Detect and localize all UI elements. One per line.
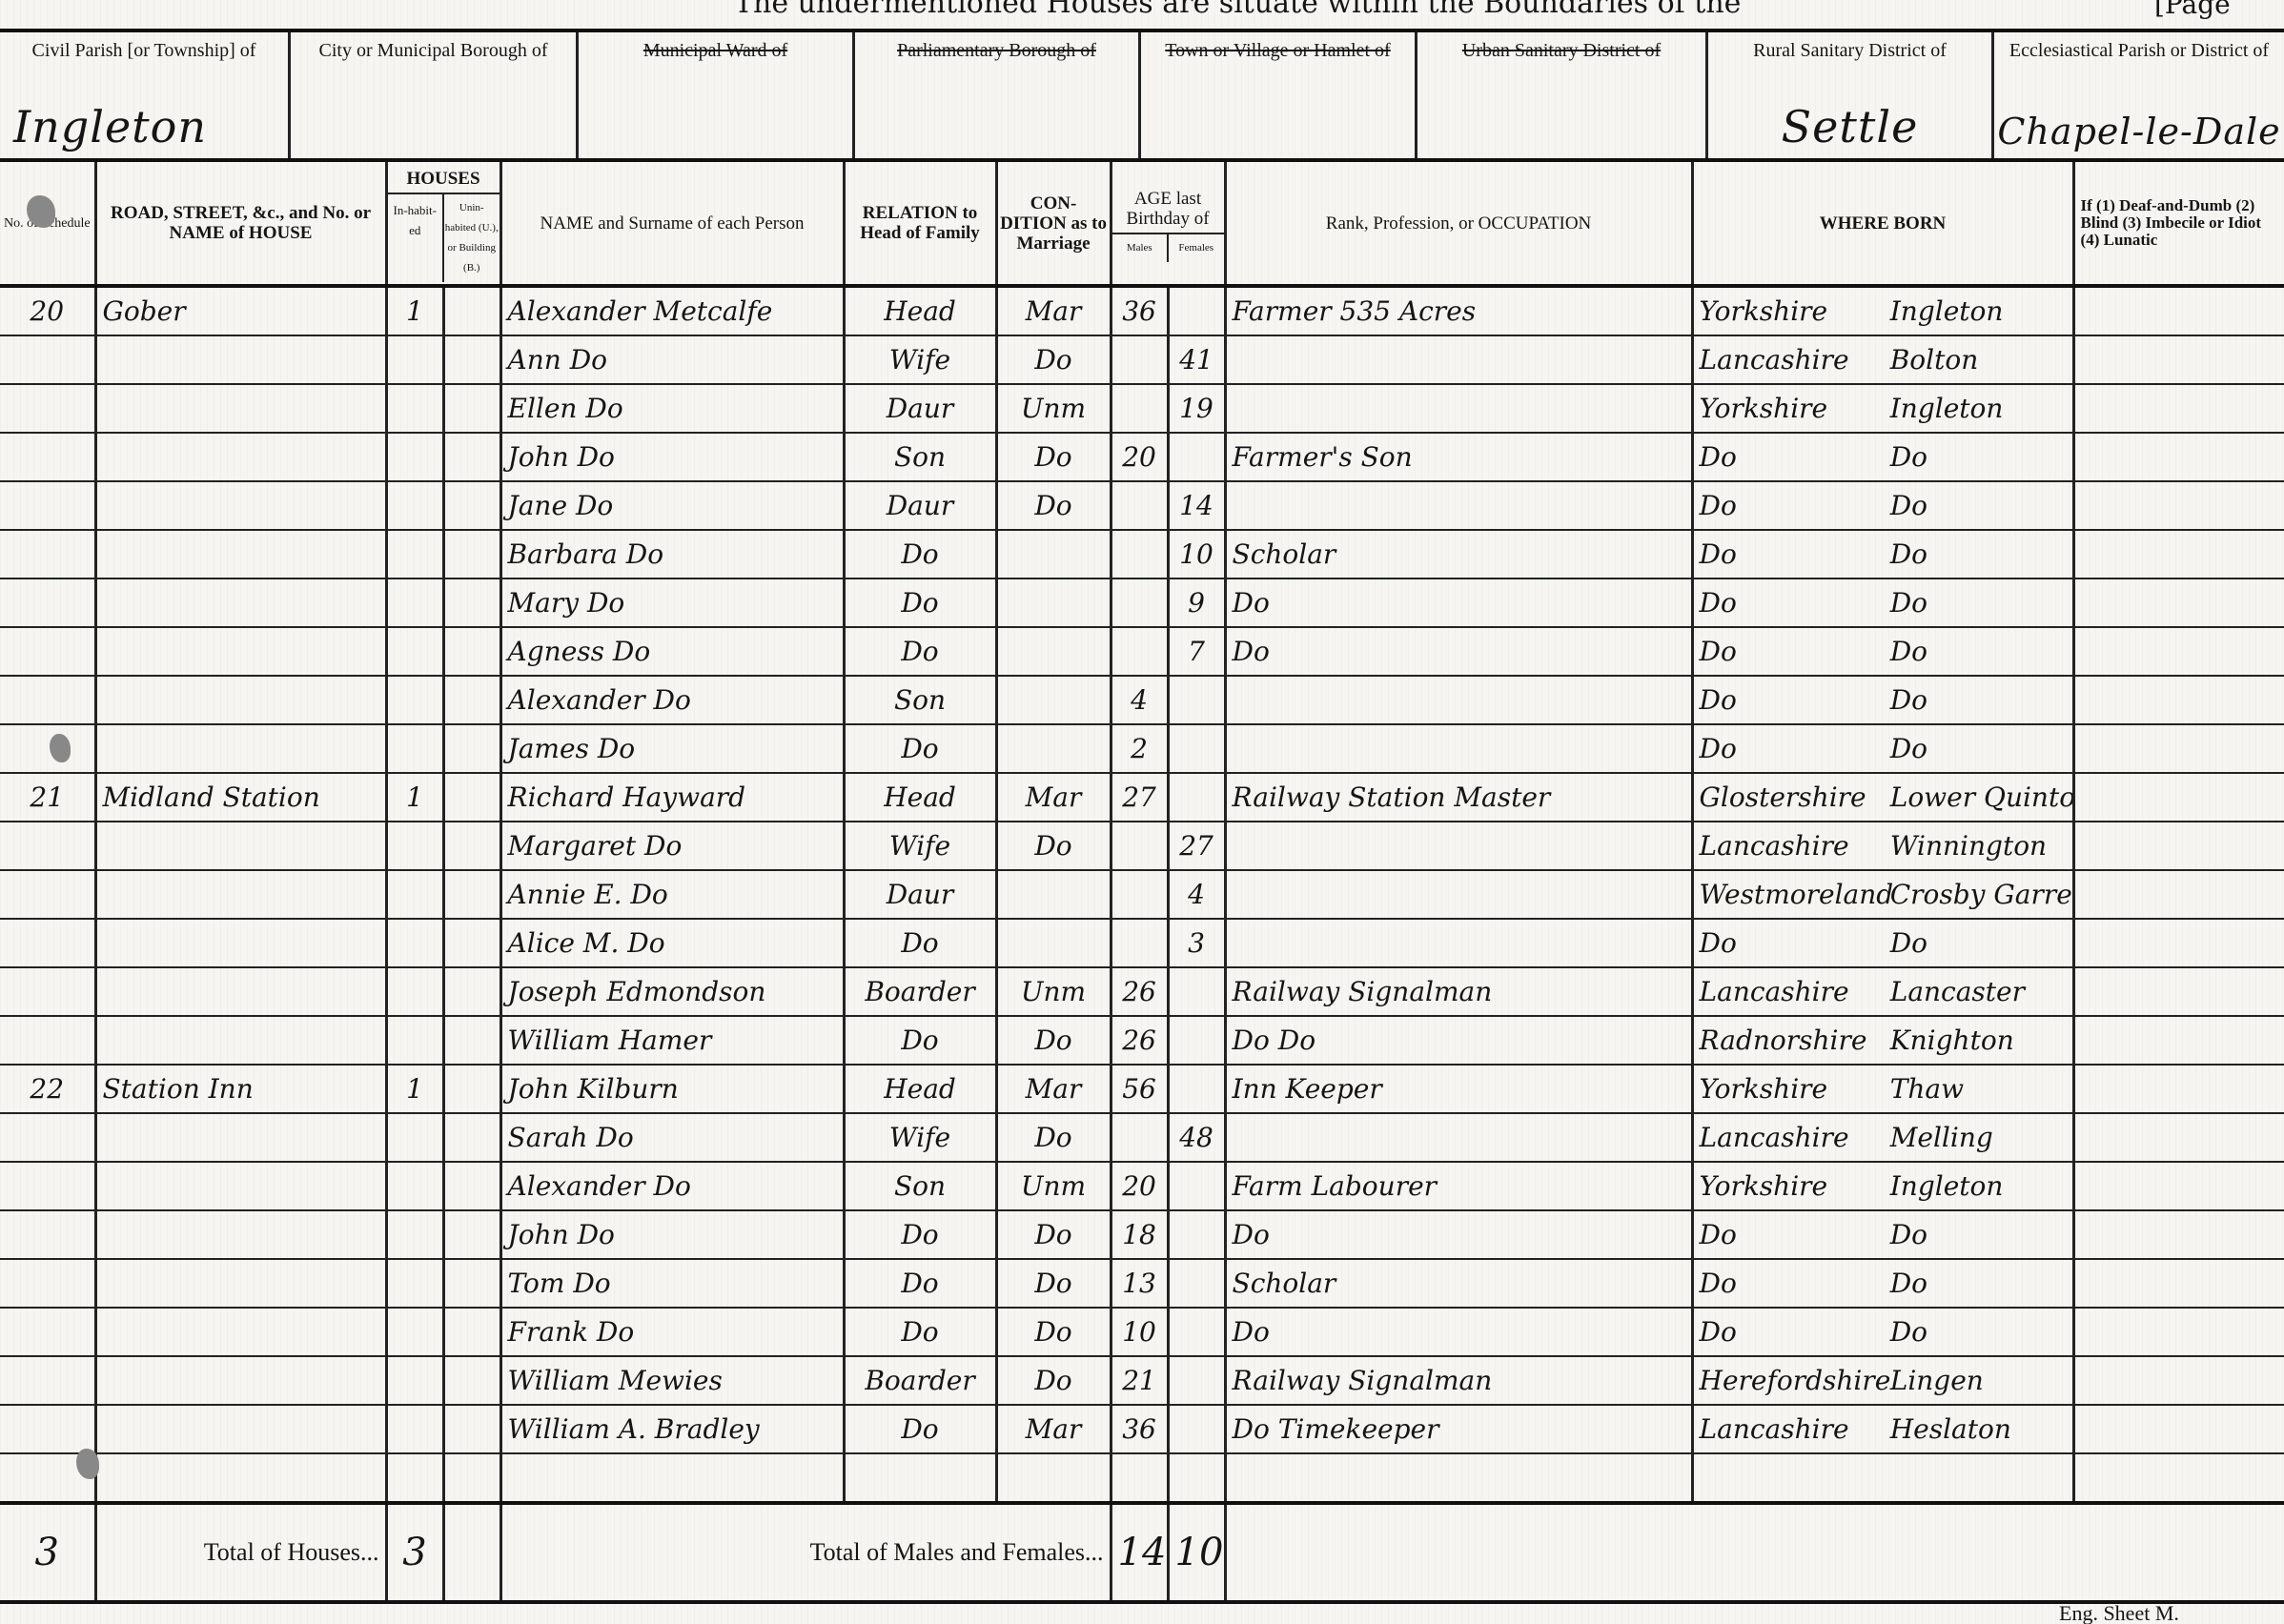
inhabited-count (386, 919, 443, 967)
male-age (1111, 919, 1168, 967)
table-row: Alexander DoSon4DoDo (0, 676, 2284, 724)
females-total: 10 (1168, 1503, 1225, 1602)
birth-county: Do (1700, 441, 1890, 473)
birth-place: Ingleton (1890, 393, 2004, 424)
ink-smudge (50, 734, 71, 762)
infirmity (2073, 579, 2284, 627)
marital-condition: Mar (996, 286, 1111, 335)
occupation (1225, 335, 1692, 384)
female-age (1168, 1016, 1225, 1065)
inhabited-count (386, 1210, 443, 1259)
persons-total-label: Total of Males and Females... (500, 1503, 1111, 1602)
uninhabited-count (443, 335, 500, 384)
occupation: Do Timekeeper (1225, 1405, 1692, 1453)
col-females: Females (1169, 234, 1224, 262)
occupation: Inn Keeper (1225, 1065, 1692, 1113)
schedule-number (0, 1405, 95, 1453)
person-name: Sarah Do (500, 1113, 844, 1162)
female-age (1168, 1065, 1225, 1113)
marital-condition: Do (996, 1016, 1111, 1065)
table-row: Jane DoDaurDo14DoDo (0, 481, 2284, 530)
schedule-number (0, 627, 95, 676)
ink-smudge (76, 1449, 99, 1479)
female-age (1168, 1162, 1225, 1210)
birthplace: DoDo (1692, 1259, 2073, 1308)
person-name: John Do (500, 433, 844, 481)
schedule-number (0, 384, 95, 433)
civil-parish-field: Civil Parish [or Township] of Ingleton (0, 32, 291, 158)
occupation: Farm Labourer (1225, 1162, 1692, 1210)
town-village-field: Town or Village or Hamlet of (1141, 32, 1417, 158)
relation: Daur (844, 870, 996, 919)
table-row: James DoDo2DoDo (0, 724, 2284, 773)
marital-condition: Mar (996, 773, 1111, 822)
inhabited-count: 1 (386, 286, 443, 335)
occupation (1225, 919, 1692, 967)
birth-place: Lingen (1890, 1365, 1984, 1396)
birth-place: Ingleton (1890, 295, 2004, 327)
col-uninhabited: Unin-habited (U.), or Building (B.) (444, 194, 500, 282)
field-label: Town or Village or Hamlet of (1141, 32, 1415, 61)
relation: Boarder (844, 1356, 996, 1405)
table-row: Tom DoDoDo13ScholarDoDo (0, 1259, 2284, 1308)
birth-place: Ingleton (1890, 1170, 2004, 1202)
field-value: Chapel-le-Dale (1994, 111, 2284, 152)
totals-row: 3 Total of Houses... 3 Total of Males an… (0, 1503, 2284, 1602)
inhabited-count (386, 822, 443, 870)
birth-county: Do (1700, 587, 1890, 619)
page-label: [Page (2154, 0, 2231, 20)
occupation (1225, 481, 1692, 530)
schedule-number (0, 1356, 95, 1405)
col-name: NAME and Surname of each Person (500, 162, 844, 286)
municipal-borough-field: City or Municipal Borough of (291, 32, 579, 158)
female-age: 4 (1168, 870, 1225, 919)
house-name (95, 627, 386, 676)
marital-condition (996, 1453, 1111, 1503)
birthplace: DoDo (1692, 919, 2073, 967)
uninhabited-count (443, 1016, 500, 1065)
inhabited-count (386, 335, 443, 384)
census-table: No. of Schedule ROAD, STREET, &c., and N… (0, 162, 2284, 1604)
birth-county: Herefordshire (1700, 1365, 1890, 1396)
female-age (1168, 773, 1225, 822)
occupation: Scholar (1225, 530, 1692, 579)
field-value: Settle (1708, 101, 1991, 152)
rural-sanitary-field: Rural Sanitary District of Settle (1708, 32, 1994, 158)
birth-county: Do (1700, 1219, 1890, 1250)
inhabited-count (386, 1308, 443, 1356)
table-row: Ellen DoDaurUnm19YorkshireIngleton (0, 384, 2284, 433)
male-age: 10 (1111, 1308, 1168, 1356)
houses-total-value: 3 (386, 1503, 443, 1602)
birth-county: Yorkshire (1700, 1073, 1890, 1105)
person-name: Mary Do (500, 579, 844, 627)
birth-county: Lancashire (1700, 1122, 1890, 1153)
infirmity (2073, 1453, 2284, 1503)
birthplace: HerefordshireLingen (1692, 1356, 2073, 1405)
male-age: 20 (1111, 433, 1168, 481)
schedule-number (0, 335, 95, 384)
birth-place: Bolton (1890, 344, 1979, 376)
inhabited-count (386, 676, 443, 724)
person-name: Barbara Do (500, 530, 844, 579)
birthplace: LancashireMelling (1692, 1113, 2073, 1162)
house-name (95, 481, 386, 530)
marital-condition: Do (996, 1259, 1111, 1308)
house-name: Midland Station (95, 773, 386, 822)
house-name (95, 1210, 386, 1259)
person-name: Richard Hayward (500, 773, 844, 822)
person-name: Annie E. Do (500, 870, 844, 919)
male-age (1111, 1453, 1168, 1503)
person-name (500, 1453, 844, 1503)
marital-condition (996, 579, 1111, 627)
infirmity (2073, 1162, 2284, 1210)
person-name: Alexander Do (500, 676, 844, 724)
schedule-number (0, 1113, 95, 1162)
relation: Do (844, 1016, 996, 1065)
female-age (1168, 1453, 1225, 1503)
house-name (95, 1113, 386, 1162)
person-name: Ellen Do (500, 384, 844, 433)
col-age: AGE last Birthday of Males Females (1111, 162, 1225, 286)
table-row: 20Gober1Alexander MetcalfeHeadMar36Farme… (0, 286, 2284, 335)
uninhabited-count (443, 724, 500, 773)
col-relation: RELATION to Head of Family (844, 162, 996, 286)
schedule-number (0, 1210, 95, 1259)
birthplace: RadnorshireKnighton (1692, 1016, 2073, 1065)
person-name: William Mewies (500, 1356, 844, 1405)
house-name (95, 579, 386, 627)
house-name (95, 1308, 386, 1356)
birthplace: YorkshireThaw (1692, 1065, 2073, 1113)
table-row: 21Midland Station1Richard HaywardHeadMar… (0, 773, 2284, 822)
male-age (1111, 627, 1168, 676)
inhabited-count (386, 433, 443, 481)
house-name (95, 1016, 386, 1065)
uninhabited-count (443, 286, 500, 335)
occupation: Do (1225, 1308, 1692, 1356)
person-name: Alexander Do (500, 1162, 844, 1210)
table-row: Sarah DoWifeDo48LancashireMelling (0, 1113, 2284, 1162)
birthplace: DoDo (1692, 579, 2073, 627)
relation: Wife (844, 1113, 996, 1162)
person-name: John Kilburn (500, 1065, 844, 1113)
house-name (95, 724, 386, 773)
occupation: Do Do (1225, 1016, 1692, 1065)
birth-place: Do (1890, 490, 1927, 521)
marital-condition: Do (996, 1356, 1111, 1405)
field-label: Parliamentary Borough of (855, 32, 1138, 61)
infirmity (2073, 870, 2284, 919)
person-name: Frank Do (500, 1308, 844, 1356)
female-age (1168, 676, 1225, 724)
birth-county: Lancashire (1700, 344, 1890, 376)
infirmity (2073, 1259, 2284, 1308)
relation: Head (844, 1065, 996, 1113)
table-row: Alice M. DoDo3DoDo (0, 919, 2284, 967)
table-row: Alexander DoSonUnm20Farm LabourerYorkshi… (0, 1162, 2284, 1210)
schedules-count: 3 (0, 1503, 95, 1602)
schedule-number (0, 433, 95, 481)
male-age (1111, 822, 1168, 870)
relation: Son (844, 433, 996, 481)
inhabited-count (386, 967, 443, 1016)
birth-county: Do (1700, 538, 1890, 570)
infirmity (2073, 822, 2284, 870)
house-name (95, 870, 386, 919)
relation: Daur (844, 481, 996, 530)
birthplace: LancashireWinnington (1692, 822, 2073, 870)
male-age (1111, 1113, 1168, 1162)
marital-condition: Do (996, 1210, 1111, 1259)
inhabited-count (386, 1259, 443, 1308)
col-males: Males (1112, 234, 1170, 262)
infirmity (2073, 384, 2284, 433)
house-name (95, 1405, 386, 1453)
inhabited-count (386, 627, 443, 676)
table-row: John DoDoDo18DoDoDo (0, 1210, 2284, 1259)
table-row: 22Station Inn1John KilburnHeadMar56Inn K… (0, 1065, 2284, 1113)
house-name (95, 1259, 386, 1308)
birth-place: Do (1890, 441, 1927, 473)
schedule-number: 22 (0, 1065, 95, 1113)
person-name: William A. Bradley (500, 1405, 844, 1453)
birth-place: Do (1890, 1219, 1927, 1250)
uninhabited-count (443, 1453, 500, 1503)
person-name: Agness Do (500, 627, 844, 676)
birth-county: Do (1700, 1316, 1890, 1348)
field-label: Civil Parish [or Township] of (0, 32, 288, 61)
male-age: 13 (1111, 1259, 1168, 1308)
marital-condition (996, 627, 1111, 676)
house-name (95, 530, 386, 579)
occupation (1225, 384, 1692, 433)
uninhabited-count (443, 773, 500, 822)
person-name: Alexander Metcalfe (500, 286, 844, 335)
males-total: 14 (1111, 1503, 1168, 1602)
house-name (95, 433, 386, 481)
birth-place: Do (1890, 1268, 1927, 1299)
marital-condition: Unm (996, 1162, 1111, 1210)
inhabited-count (386, 1016, 443, 1065)
relation: Do (844, 579, 996, 627)
female-age (1168, 1210, 1225, 1259)
infirmity (2073, 1405, 2284, 1453)
infirmity (2073, 1356, 2284, 1405)
person-name: Jane Do (500, 481, 844, 530)
marital-condition: Unm (996, 384, 1111, 433)
birth-county: Radnorshire (1700, 1025, 1890, 1056)
occupation (1225, 1113, 1692, 1162)
relation: Head (844, 286, 996, 335)
uninhabited-count (443, 1405, 500, 1453)
col-where-born: WHERE BORN (1692, 162, 2073, 286)
col-road: ROAD, STREET, &c., and No. or NAME of HO… (95, 162, 386, 286)
schedule-number (0, 1308, 95, 1356)
table-row: William A. BradleyDoMar36Do TimekeeperLa… (0, 1405, 2284, 1453)
female-age: 27 (1168, 822, 1225, 870)
birth-place: Do (1890, 684, 1927, 716)
relation (844, 1453, 996, 1503)
inhabited-count (386, 1453, 443, 1503)
relation: Boarder (844, 967, 996, 1016)
uninhabited-count (443, 384, 500, 433)
table-row: Joseph EdmondsonBoarderUnm26Railway Sign… (0, 967, 2284, 1016)
uninhabited-count (443, 1308, 500, 1356)
infirmity (2073, 1065, 2284, 1113)
uninhabited-count (443, 1113, 500, 1162)
birth-place: Do (1890, 1316, 1927, 1348)
marital-condition: Mar (996, 1405, 1111, 1453)
table-row: Agness DoDo7DoDoDo (0, 627, 2284, 676)
house-name: Station Inn (95, 1065, 386, 1113)
infirmity (2073, 433, 2284, 481)
relation: Do (844, 1259, 996, 1308)
house-name (95, 1453, 386, 1503)
marital-condition: Do (996, 433, 1111, 481)
person-name: Margaret Do (500, 822, 844, 870)
inhabited-count (386, 870, 443, 919)
female-age: 41 (1168, 335, 1225, 384)
table-row: William MewiesBoarderDo21Railway Signalm… (0, 1356, 2284, 1405)
infirmity (2073, 967, 2284, 1016)
uninhabited-count (443, 1210, 500, 1259)
male-age: 20 (1111, 1162, 1168, 1210)
urban-sanitary-field: Urban Sanitary District of (1417, 32, 1708, 158)
person-name: James Do (500, 724, 844, 773)
marital-condition (996, 724, 1111, 773)
inhabited-count: 1 (386, 1065, 443, 1113)
birth-place: Knighton (1890, 1025, 2014, 1056)
inhabited-count (386, 481, 443, 530)
uninhabited-count (443, 1065, 500, 1113)
infirmity (2073, 530, 2284, 579)
occupation (1225, 870, 1692, 919)
table-row: Barbara DoDo10ScholarDoDo (0, 530, 2284, 579)
infirmity (2073, 919, 2284, 967)
ecclesiastical-district-field: Ecclesiastical Parish or District of Cha… (1994, 32, 2284, 158)
occupation: Railway Signalman (1225, 967, 1692, 1016)
uninhabited-count (443, 579, 500, 627)
person-name: John Do (500, 1210, 844, 1259)
schedule-number: 21 (0, 773, 95, 822)
houses-total-label: Total of Houses... (95, 1503, 386, 1602)
birthplace: DoDo (1692, 1308, 2073, 1356)
male-age: 2 (1111, 724, 1168, 773)
house-name (95, 384, 386, 433)
infirmity (2073, 1210, 2284, 1259)
birth-county: Do (1700, 733, 1890, 764)
inhabited-count (386, 1356, 443, 1405)
district-header: Civil Parish [or Township] of Ingleton C… (0, 29, 2284, 162)
relation: Do (844, 919, 996, 967)
uninhabited-count (443, 433, 500, 481)
table-row: Mary DoDo9DoDoDo (0, 579, 2284, 627)
infirmity (2073, 1016, 2284, 1065)
infirmity (2073, 676, 2284, 724)
birth-county: Do (1700, 1268, 1890, 1299)
house-name (95, 967, 386, 1016)
relation: Do (844, 530, 996, 579)
schedule-number (0, 579, 95, 627)
infirmity (2073, 724, 2284, 773)
schedule-number (0, 676, 95, 724)
uninhabited-count (443, 1356, 500, 1405)
birthplace: LancashireBolton (1692, 335, 2073, 384)
person-name: Alice M. Do (500, 919, 844, 967)
marital-condition: Do (996, 335, 1111, 384)
houses-heading: HOUSES (388, 165, 500, 194)
female-age: 3 (1168, 919, 1225, 967)
occupation: Scholar (1225, 1259, 1692, 1308)
age-heading: AGE last Birthday of (1112, 185, 1224, 234)
marital-condition (996, 676, 1111, 724)
marital-condition: Do (996, 822, 1111, 870)
female-age: 10 (1168, 530, 1225, 579)
birth-county: Do (1700, 636, 1890, 667)
schedule-number (0, 870, 95, 919)
infirmity (2073, 627, 2284, 676)
house-name (95, 335, 386, 384)
birth-county: Lancashire (1700, 1413, 1890, 1445)
uninhabited-count (443, 919, 500, 967)
census-page: The undermentioned Houses are situate wi… (0, 0, 2284, 1624)
female-age (1168, 1356, 1225, 1405)
birthplace: LancashireLancaster (1692, 967, 2073, 1016)
table-row: William HamerDoDo26Do DoRadnorshireKnigh… (0, 1016, 2284, 1065)
occupation: Do (1225, 1210, 1692, 1259)
birth-place: Do (1890, 733, 1927, 764)
relation: Do (844, 1308, 996, 1356)
birth-county: Yorkshire (1700, 393, 1890, 424)
female-age: 7 (1168, 627, 1225, 676)
house-name (95, 1356, 386, 1405)
field-label: City or Municipal Borough of (291, 32, 576, 61)
birthplace (1692, 1453, 2073, 1503)
occupation: Do (1225, 627, 1692, 676)
female-age (1168, 1405, 1225, 1453)
birthplace: DoDo (1692, 676, 2073, 724)
female-age (1168, 433, 1225, 481)
marital-condition: Do (996, 1113, 1111, 1162)
male-age (1111, 384, 1168, 433)
birthplace: YorkshireIngleton (1692, 384, 2073, 433)
male-age: 26 (1111, 967, 1168, 1016)
person-name: William Hamer (500, 1016, 844, 1065)
infirmity (2073, 481, 2284, 530)
birth-county: Yorkshire (1700, 1170, 1890, 1202)
relation: Wife (844, 822, 996, 870)
marital-condition (996, 870, 1111, 919)
occupation: Railway Signalman (1225, 1356, 1692, 1405)
occupation: Farmer 535 Acres (1225, 286, 1692, 335)
female-age (1168, 1259, 1225, 1308)
col-condition: CON-DITION as to Marriage (996, 162, 1111, 286)
schedule-number (0, 1259, 95, 1308)
birthplace: DoDo (1692, 433, 2073, 481)
col-inhabited: In-habit-ed (388, 194, 445, 282)
occupation (1225, 1453, 1692, 1503)
municipal-ward-field: Municipal Ward of (579, 32, 855, 158)
schedule-number: 20 (0, 286, 95, 335)
marital-condition: Unm (996, 967, 1111, 1016)
female-age (1168, 967, 1225, 1016)
female-age: 14 (1168, 481, 1225, 530)
female-age (1168, 286, 1225, 335)
birthplace: YorkshireIngleton (1692, 286, 2073, 335)
